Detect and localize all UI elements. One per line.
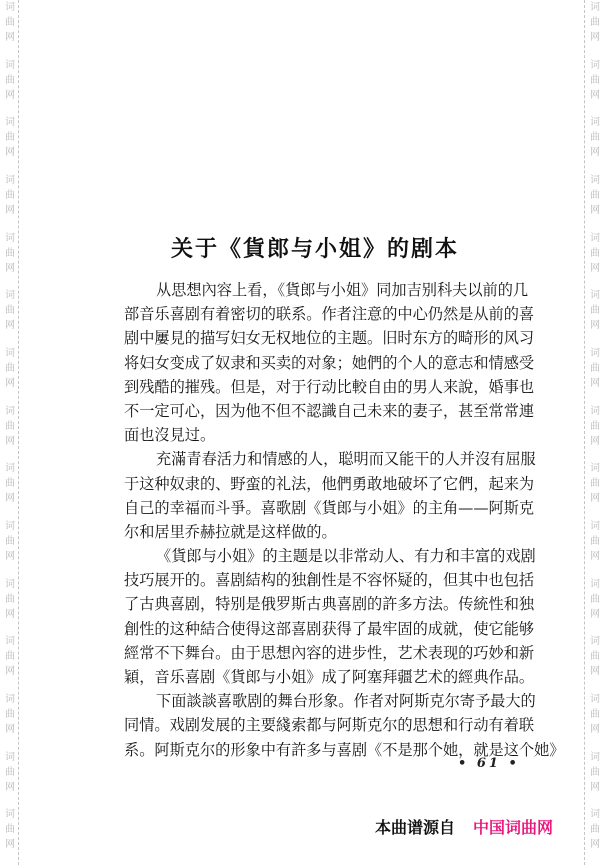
watermark-char: 词 [5, 173, 15, 188]
right-watermark-strip: 词曲网词曲网词曲网词曲网词曲网词曲网词曲网词曲网词曲网词曲网词曲网词曲网词曲网词… [585, 0, 605, 865]
watermark-char: 网 [590, 664, 600, 679]
watermark-group: 词曲网 [590, 346, 600, 404]
watermark-char: 网 [5, 664, 15, 679]
watermark-char: 网 [5, 607, 15, 622]
watermark-char: 网 [5, 549, 15, 564]
watermark-char: 曲 [590, 649, 600, 664]
text-line: 充滿青春活力和情感的人，聪明而又能干的人并沒有屈服 [124, 447, 524, 471]
text-line: 自己的幸福而斗爭。喜歌剧《貨郎与小姐》的主角——阿斯克 [124, 496, 524, 520]
source-label: 本曲谱源自 [375, 818, 455, 837]
watermark-char: 网 [5, 780, 15, 795]
watermark-char: 曲 [5, 707, 15, 722]
watermark-group: 词曲网 [5, 404, 15, 462]
watermark-char: 网 [590, 88, 600, 103]
watermark-char: 曲 [590, 361, 600, 376]
watermark-char: 曲 [5, 15, 15, 30]
text-line: 将妇女变成了奴隶和买卖的对象；她們的个人的意志和情感受 [124, 351, 524, 375]
watermark-group: 词曲网 [590, 0, 600, 58]
article-body: 从思想內容上看，《貨郎与小姐》同加吉别科夫以前的几 部音乐喜剧有着密切的联系。作… [124, 278, 524, 762]
watermark-char: 词 [590, 173, 600, 188]
watermark-group: 词曲网 [5, 692, 15, 750]
text-line: 从思想內容上看，《貨郎与小姐》同加吉别科夫以前的几 [124, 278, 524, 302]
watermark-char: 词 [590, 288, 600, 303]
watermark-char: 词 [590, 0, 600, 15]
watermark-char: 曲 [590, 765, 600, 780]
watermark-char: 曲 [590, 822, 600, 837]
watermark-group: 词曲网 [590, 288, 600, 346]
watermark-char: 曲 [5, 534, 15, 549]
watermark-char: 曲 [590, 419, 600, 434]
watermark-char: 曲 [590, 188, 600, 203]
watermark-char: 网 [590, 549, 600, 564]
watermark-char: 曲 [5, 188, 15, 203]
watermark-group: 词曲网 [590, 807, 600, 865]
watermark-char: 词 [590, 577, 600, 592]
watermark-char: 曲 [5, 649, 15, 664]
watermark-group: 词曲网 [590, 461, 600, 519]
text-line: 了古典喜剧，特别是俄罗斯古典喜剧的許多方法。传統性和独 [124, 592, 524, 616]
watermark-char: 词 [5, 231, 15, 246]
page-number: • 61 • [458, 756, 520, 771]
watermark-char: 曲 [590, 707, 600, 722]
watermark-char: 网 [590, 434, 600, 449]
watermark-group: 词曲网 [5, 346, 15, 404]
watermark-group: 词曲网 [590, 115, 600, 173]
watermark-char: 曲 [5, 73, 15, 88]
text-line: 剧中屢見的描写妇女无权地位的主题。旧时东方的畸形的风习 [124, 326, 524, 350]
watermark-char: 词 [5, 750, 15, 765]
watermark-group: 词曲网 [590, 634, 600, 692]
watermark-char: 网 [5, 722, 15, 737]
watermark-char: 词 [590, 346, 600, 361]
watermark-char: 网 [5, 88, 15, 103]
watermark-char: 曲 [590, 303, 600, 318]
text-line: 同情。戏剧发展的主要綫索都与阿斯克尔的思想和行动有着联 [124, 713, 524, 737]
watermark-char: 词 [5, 346, 15, 361]
watermark-char: 曲 [5, 822, 15, 837]
watermark-group: 词曲网 [590, 404, 600, 462]
watermark-group: 词曲网 [5, 577, 15, 635]
watermark-char: 曲 [5, 765, 15, 780]
watermark-char: 词 [5, 115, 15, 130]
watermark-group: 词曲网 [5, 58, 15, 116]
paragraph-1: 从思想內容上看，《貨郎与小姐》同加吉别科夫以前的几 部音乐喜剧有着密切的联系。作… [124, 278, 524, 447]
watermark-group: 词曲网 [590, 173, 600, 231]
watermark-group: 词曲网 [5, 634, 15, 692]
text-line: 經常不下舞台。由于思想內容的进步性，艺术表现的巧妙和新 [124, 641, 524, 665]
watermark-char: 网 [590, 607, 600, 622]
watermark-char: 曲 [590, 476, 600, 491]
watermark-char: 曲 [5, 476, 15, 491]
text-line: 部音乐喜剧有着密切的联系。作者注意的中心仍然是从前的喜 [124, 302, 524, 326]
text-line: 面也沒見过。 [124, 423, 524, 447]
watermark-char: 网 [5, 261, 15, 276]
watermark-char: 曲 [5, 361, 15, 376]
paragraph-3: 《貨郎与小姐》的主题是以非常动人、有力和丰富的戏剧 技巧展开的。喜剧結构的独創性… [124, 544, 524, 689]
watermark-char: 词 [590, 692, 600, 707]
watermark-char: 网 [590, 780, 600, 795]
source-footer: 本曲谱源自中国词曲网 [375, 815, 553, 838]
text-line: 不一定可心，因为他不但不認識自己未来的妻子，甚至常常連 [124, 399, 524, 423]
watermark-group: 词曲网 [5, 115, 15, 173]
watermark-char: 网 [5, 318, 15, 333]
watermark-char: 词 [5, 634, 15, 649]
text-line: 穎，音乐喜剧《貨郎与小姐》成了阿塞拜疆艺术的經典作品。 [124, 665, 524, 689]
watermark-char: 词 [5, 0, 15, 15]
watermark-char: 网 [590, 318, 600, 333]
watermark-group: 词曲网 [5, 173, 15, 231]
watermark-char: 词 [5, 807, 15, 822]
watermark-char: 词 [590, 807, 600, 822]
watermark-char: 词 [5, 577, 15, 592]
watermark-group: 词曲网 [5, 519, 15, 577]
watermark-char: 网 [5, 434, 15, 449]
watermark-char: 网 [5, 837, 15, 852]
watermark-char: 词 [590, 58, 600, 73]
watermark-char: 词 [590, 461, 600, 476]
watermark-group: 词曲网 [590, 231, 600, 289]
watermark-char: 网 [590, 376, 600, 391]
article-title: 关于《貨郎与小姐》的剧本 [160, 235, 470, 265]
watermark-char: 网 [590, 145, 600, 160]
watermark-char: 曲 [5, 303, 15, 318]
text-line: 尔和居里乔赫拉就是这样做的。 [124, 520, 524, 544]
watermark-char: 网 [590, 837, 600, 852]
text-line: 《貨郎与小姐》的主题是以非常动人、有力和丰富的戏剧 [124, 544, 524, 568]
watermark-char: 曲 [590, 534, 600, 549]
watermark-char: 词 [590, 519, 600, 534]
paragraph-2: 充滿青春活力和情感的人，聪明而又能干的人并沒有屈服 于这种奴隶的、野蛮的礼法，他… [124, 447, 524, 544]
text-line: 創性的这种結合使得这部喜剧获得了最牢固的成就，使它能够 [124, 617, 524, 641]
text-line: 技巧展开的。喜剧結构的独創性是不容怀疑的，但其中也包括 [124, 568, 524, 592]
watermark-char: 曲 [590, 73, 600, 88]
watermark-char: 词 [590, 231, 600, 246]
watermark-group: 词曲网 [5, 807, 15, 865]
watermark-char: 网 [590, 261, 600, 276]
watermark-group: 词曲网 [590, 519, 600, 577]
watermark-char: 网 [5, 145, 15, 160]
watermark-char: 网 [590, 722, 600, 737]
watermark-char: 网 [590, 203, 600, 218]
watermark-group: 词曲网 [5, 231, 15, 289]
watermark-char: 曲 [5, 419, 15, 434]
watermark-char: 词 [590, 634, 600, 649]
watermark-group: 词曲网 [590, 58, 600, 116]
watermark-char: 词 [5, 519, 15, 534]
watermark-char: 曲 [5, 246, 15, 261]
watermark-char: 词 [590, 404, 600, 419]
watermark-char: 词 [5, 404, 15, 419]
left-watermark-strip: 词曲网词曲网词曲网词曲网词曲网词曲网词曲网词曲网词曲网词曲网词曲网词曲网词曲网词… [0, 0, 20, 865]
watermark-char: 曲 [590, 130, 600, 145]
site-name-link[interactable]: 中国词曲网 [473, 818, 553, 837]
watermark-char: 曲 [5, 592, 15, 607]
watermark-char: 词 [590, 115, 600, 130]
watermark-char: 网 [590, 30, 600, 45]
watermark-char: 词 [5, 692, 15, 707]
watermark-group: 词曲网 [590, 577, 600, 635]
paragraph-4: 下面談談喜歌剧的舞台形象。作者对阿斯克尔寄予最大的 同情。戏剧发展的主要綫索都与… [124, 689, 524, 762]
watermark-char: 曲 [590, 15, 600, 30]
watermark-char: 网 [5, 30, 15, 45]
watermark-group: 词曲网 [590, 750, 600, 808]
watermark-char: 曲 [590, 246, 600, 261]
watermark-char: 词 [5, 461, 15, 476]
text-line: 于这种奴隶的、野蛮的礼法，他們勇敢地破坏了它們，起来为 [124, 472, 524, 496]
watermark-char: 网 [5, 376, 15, 391]
watermark-group: 词曲网 [5, 0, 15, 58]
text-line: 到残酷的摧残。但是，对于行动比較自由的男人来說，婚事也 [124, 375, 524, 399]
watermark-char: 词 [5, 58, 15, 73]
watermark-char: 词 [590, 750, 600, 765]
watermark-group: 词曲网 [5, 288, 15, 346]
watermark-char: 曲 [590, 592, 600, 607]
watermark-group: 词曲网 [5, 750, 15, 808]
watermark-group: 词曲网 [5, 461, 15, 519]
watermark-char: 曲 [5, 130, 15, 145]
watermark-char: 网 [5, 491, 15, 506]
watermark-char: 网 [590, 491, 600, 506]
text-line: 下面談談喜歌剧的舞台形象。作者对阿斯克尔寄予最大的 [124, 689, 524, 713]
watermark-group: 词曲网 [590, 692, 600, 750]
watermark-char: 词 [5, 288, 15, 303]
watermark-char: 网 [5, 203, 15, 218]
